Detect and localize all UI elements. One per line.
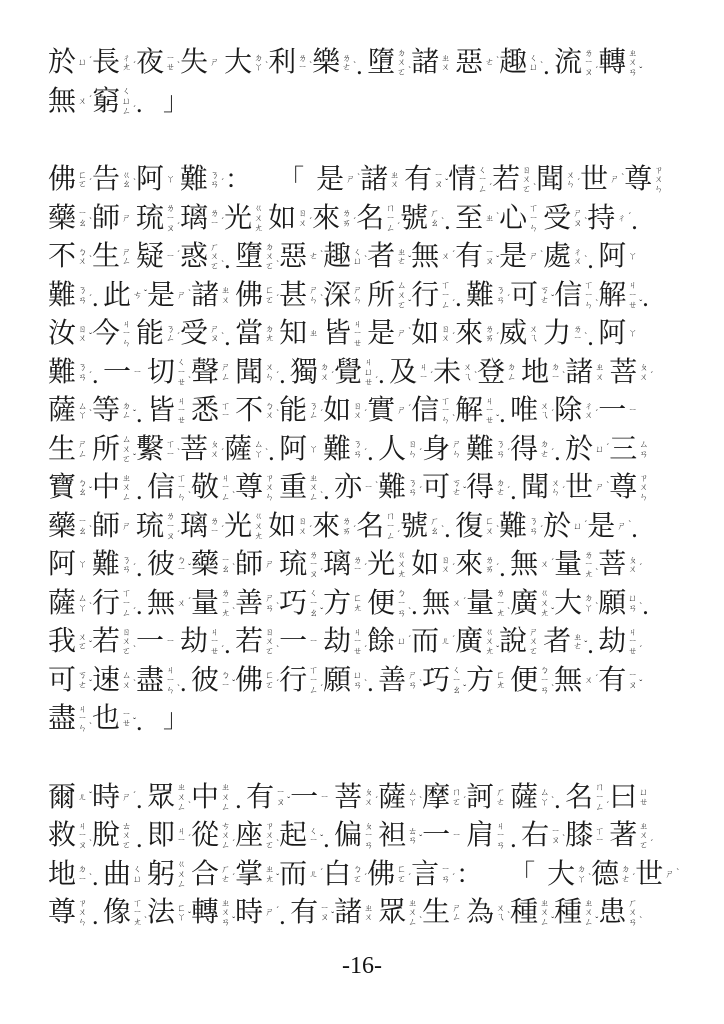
char-unit: 量ㄌㄧㄤˋ — [191, 589, 234, 618]
zhuyin-annotation: ㄑㄧㄠˇ — [307, 589, 322, 618]
tone-mark: ˋ — [419, 916, 422, 926]
char-unit: 善ㄕㄢˋ — [235, 590, 278, 618]
zhuyin-letter: ㄨ — [298, 527, 307, 537]
zhuyin-letter: ㄛ — [265, 647, 274, 657]
tone-mark: ˊ — [551, 558, 554, 568]
char-unit: 身ㄕㄣ — [422, 436, 465, 464]
char-unit: 惡ㄜˋ — [455, 49, 498, 77]
char-unit: 爾ㄦˇ — [48, 784, 91, 812]
punctuation: ： — [455, 862, 483, 888]
han-character: 菩 — [180, 436, 208, 464]
han-character: 師 — [92, 205, 120, 233]
zhuyin-annotation: ㄓㄨ — [219, 286, 234, 305]
char-unit: 藥ㄧㄠˋ — [191, 551, 234, 579]
han-character: 曲 — [103, 861, 131, 889]
tone-mark: ˊ — [320, 868, 323, 878]
zhuyin-letter: ㄚ — [78, 411, 87, 421]
zhuyin-letter: ㄚ — [628, 329, 637, 339]
zhuyin-letter: ㄧ — [419, 373, 428, 383]
zhuyin-annotation: ㄕˊ — [263, 908, 278, 918]
tone-mark: ˊ — [628, 212, 631, 222]
han-character: 夜 — [136, 49, 164, 77]
han-character: 窮 — [92, 88, 120, 116]
char-unit: 受ㄕㄡˋ — [180, 320, 223, 348]
han-character: 如 — [268, 513, 296, 541]
han-character: 時 — [235, 899, 263, 927]
char-unit: 廣ㄍㄨㄤˇ — [510, 589, 553, 618]
char-unit: 難ㄋㄢˊ — [48, 359, 91, 387]
char-unit: 偏ㄆㄧㄢ — [334, 822, 377, 851]
tone-mark: ˋ — [232, 491, 235, 501]
punctuation: . — [323, 478, 334, 508]
han-character: 告 — [92, 166, 120, 194]
tone-mark: ˊ — [320, 684, 323, 694]
zhuyin-annotation: ㄉㄚˋ — [252, 54, 267, 73]
char-unit: 廣ㄍㄨㄤˇ — [455, 628, 498, 657]
char-unit: 光ㄍㄨㄤ — [367, 551, 410, 580]
zhuyin-annotation: ㄇㄧㄥˊ — [384, 512, 399, 541]
zhuyin-annotation: ㄒㄧㄣˋ — [175, 474, 190, 503]
han-character: 等 — [92, 397, 120, 425]
zhuyin-letter: ㄚ — [408, 798, 417, 808]
zhuyin-annotation: ㄉㄨㄛˋ — [263, 243, 278, 272]
char-unit: 尊ㄗㄨㄣ — [609, 474, 652, 503]
zhuyin-annotation: ㄉㄜˊ — [494, 479, 509, 498]
han-character: 難 — [48, 282, 76, 310]
zhuyin-annotation: ㄕ — [120, 214, 135, 224]
char-unit: 於ㄩˊ — [543, 513, 586, 541]
char-unit: 能ㄋㄥˊ — [136, 320, 179, 348]
char-unit: 生ㄕㄥ — [48, 436, 91, 464]
zhuyin-letter: ㄦ — [78, 793, 87, 803]
zhuyin-annotation: ㄕˋ — [344, 175, 359, 185]
zhuyin-annotation: ㄉㄜˊ — [538, 440, 553, 459]
char-unit: 失ㄕ — [180, 49, 223, 77]
text-line: 薩ㄙㄚˋ行ㄒㄧㄥˊ.無ㄨˊ量ㄌㄧㄤˋ善ㄕㄢˋ巧ㄑㄧㄠˇ方ㄈㄤ便ㄅㄧㄢˋ.無ㄨˊ量… — [48, 585, 684, 624]
han-character: 於 — [565, 436, 593, 464]
zhuyin-letter: ㄛ — [522, 185, 531, 195]
han-character: 法 — [147, 899, 175, 927]
punctuation: . — [554, 787, 565, 817]
char-unit: 若ㄖㄨㄛˋ — [92, 628, 135, 657]
zhuyin-annotation: ㄐㄧˊ — [417, 363, 432, 382]
char-unit: 難ㄋㄢˊ — [499, 513, 542, 541]
zhuyin-annotation: ㄌㄞˊ — [483, 556, 498, 575]
zhuyin-letter: ㄥ — [177, 880, 186, 890]
zhuyin-letter: ㄤ — [353, 604, 362, 614]
zhuyin-letter: ㄧ — [177, 836, 186, 846]
zhuyin-annotation: ㄖㄨㄛˋ — [520, 166, 535, 195]
zhuyin-letter: ㄨ — [441, 334, 450, 344]
han-character: 世 — [580, 166, 608, 194]
zhuyin-letter: ㄣ — [177, 493, 186, 503]
han-character: 難 — [378, 474, 406, 502]
zhuyin-annotation: ㄚ — [76, 560, 91, 570]
zhuyin-letter: ㄧ — [364, 483, 373, 493]
tone-mark: ˊ — [221, 645, 224, 655]
zhuyin-letter: ㄢ — [78, 296, 87, 306]
zhuyin-annotation: ㄎㄜˇ — [76, 671, 91, 690]
tone-mark: ˊ — [276, 294, 279, 304]
tone-mark: ˋ — [551, 684, 554, 694]
han-character: 受 — [180, 320, 208, 348]
han-character: 阿 — [48, 551, 76, 579]
char-unit: 趣ㄑㄩˋ — [499, 49, 542, 77]
tone-mark: ˋ — [588, 873, 591, 883]
tone-mark: ˊ — [133, 61, 136, 71]
zhuyin-letter: ㄚ — [254, 450, 263, 460]
han-character: 者 — [543, 628, 571, 656]
zhuyin-letter: ㄢ — [408, 681, 417, 691]
char-unit: 菩ㄆㄨˊ — [180, 436, 223, 464]
zhuyin-letter: ㄧ — [320, 793, 329, 803]
han-character: 世 — [635, 861, 663, 889]
zhuyin-letter: ㄕ — [210, 58, 219, 68]
han-character: 佛 — [48, 166, 76, 194]
zhuyin-letter: ㄧ — [166, 637, 175, 647]
char-unit: 難ㄋㄢˊ — [378, 474, 421, 502]
char-unit: 薩ㄙㄚˋ — [224, 436, 267, 464]
char-unit: 座ㄗㄨㄛˋ — [235, 822, 278, 851]
tone-mark: ˇ — [89, 679, 92, 689]
paragraph: 佛ㄈㄛˊ告ㄍㄠˋ阿ㄚ難ㄋㄢˊ：「是ㄕˋ諸ㄓㄨ有ㄧㄡˇ情ㄑㄧㄥˊ若ㄖㄨㄛˋ聞ㄨㄣˊ… — [48, 161, 684, 739]
char-unit: 尊ㄗㄨㄣ — [235, 474, 278, 503]
char-unit: 地ㄉㄧˋ — [521, 359, 564, 387]
zhuyin-letter: ㄨ — [265, 411, 274, 421]
han-character: 疑 — [136, 243, 164, 271]
zhuyin-letter: ㄥ — [166, 334, 175, 344]
zhuyin-annotation: ㄌㄧㄡˊ — [582, 49, 597, 78]
tone-mark: ˊ — [632, 873, 635, 883]
tone-mark: ˊ — [177, 222, 180, 232]
zhuyin-annotation: ㄧㄡˋ — [549, 827, 564, 846]
tone-mark: ˋ — [221, 332, 224, 342]
tone-mark: ˊ — [133, 105, 136, 115]
tone-mark: ˊ — [177, 530, 180, 540]
zhuyin-letter: ㄣ — [265, 373, 274, 383]
zhuyin-letter: ㄚ — [628, 252, 637, 262]
zhuyin-annotation: ㄩˊ — [76, 58, 91, 68]
zhuyin-annotation: ㄋㄢˊ — [208, 171, 223, 190]
zhuyin-annotation: ㄨㄟˋ — [494, 904, 509, 923]
han-character: 中 — [191, 784, 219, 812]
char-unit: 有ㄧㄡˇ — [290, 899, 333, 927]
han-character: 亦 — [334, 474, 362, 502]
han-character: 惡 — [455, 49, 483, 77]
zhuyin-annotation: ㄕ — [208, 58, 223, 68]
han-character: 願 — [598, 590, 626, 618]
zhuyin-annotation: ㄨㄟˋ — [461, 363, 476, 382]
zhuyin-letter: ㄧ — [628, 406, 637, 416]
char-unit: 阿ㄚ — [279, 436, 322, 464]
tone-mark: ˊ — [364, 448, 367, 458]
tone-mark: ˋ — [89, 255, 92, 265]
han-character: 行 — [279, 667, 307, 695]
zhuyin-annotation: ㄓㄤˇ — [263, 865, 278, 884]
tone-mark: ˋ — [533, 183, 536, 193]
han-character: 從 — [191, 822, 219, 850]
char-unit: 知ㄓ — [279, 320, 322, 348]
zhuyin-annotation: ㄉㄨˊ — [318, 363, 333, 382]
tone-mark: ˊ — [452, 299, 455, 309]
zhuyin-letter: ㄢ — [628, 918, 637, 928]
zhuyin-annotation: ㄉㄤ — [263, 325, 278, 344]
zhuyin-annotation: ㄧ — [307, 637, 322, 647]
han-character: 彼 — [191, 667, 219, 695]
zhuyin-letter: ㄧ — [210, 527, 219, 537]
zhuyin-letter: ㄜ — [221, 875, 230, 885]
zhuyin-annotation: ㄓㄨㄥ — [120, 474, 135, 503]
zhuyin-annotation: ㄌㄞˊ — [483, 325, 498, 344]
han-character: 說 — [499, 628, 527, 656]
zhuyin-annotation: ㄕㄣ — [450, 440, 465, 459]
tone-mark: ˇ — [419, 834, 422, 844]
char-unit: 皆ㄐㄧㄝ — [323, 320, 366, 349]
zhuyin-letter: ㄨ — [441, 565, 450, 575]
zhuyin-annotation: ㄆㄨˊ — [637, 363, 652, 382]
zhuyin-letter: ㄝ — [639, 798, 648, 808]
zhuyin-letter: ㄧ — [298, 63, 307, 73]
zhuyin-letter: ㄕ — [265, 908, 274, 918]
char-unit: 名ㄇㄧㄥˊ — [356, 204, 399, 233]
tone-mark: ˊ — [489, 183, 492, 193]
han-character: 願 — [323, 667, 351, 695]
text-line: 難ㄋㄢˊ.此ㄘˇ是ㄕˋ諸ㄓㄨ佛ㄈㄛˊ甚ㄕㄣˋ深ㄕㄣ所ㄙㄨㄛˇ行ㄒㄧㄥˊ.難ㄋㄢˊ… — [48, 277, 684, 316]
tone-mark: ˋ — [188, 491, 191, 501]
zhuyin-annotation: ㄙㄨˋ — [120, 671, 135, 690]
char-unit: 言ㄧㄢˊ — [411, 861, 454, 889]
char-unit: 一ㄧ — [290, 784, 333, 812]
zhuyin-annotation: ㄕˋ — [527, 252, 542, 262]
han-character: 除 — [554, 397, 582, 425]
han-character: 皆 — [323, 320, 351, 348]
punctuation: . — [92, 362, 103, 392]
char-unit: 情ㄑㄧㄥˊ — [448, 166, 491, 195]
zhuyin-letter: ㄠ — [430, 527, 439, 537]
zhuyin-annotation: ㄕㄥ — [450, 904, 465, 923]
char-unit: 救ㄐㄧㄡˋ — [48, 822, 91, 851]
zhuyin-letter: ㄢ — [628, 68, 637, 78]
tone-mark: ˋ — [177, 684, 180, 694]
zhuyin-annotation: ㄋㄥˊ — [164, 325, 179, 344]
char-unit: 彼ㄅㄧˇ — [191, 667, 234, 695]
zhuyin-letter: ㄝ — [485, 416, 494, 426]
zhuyin-letter: ㄨ — [320, 373, 329, 383]
han-character: 菩 — [334, 784, 362, 812]
punctuation: . — [510, 478, 521, 508]
han-character: 復 — [455, 513, 483, 541]
char-unit: 來ㄌㄞˊ — [455, 551, 498, 579]
char-unit: 生ㄕㄥ — [92, 243, 135, 271]
zhuyin-annotation: ㄧ — [131, 368, 146, 378]
tone-mark: ˋ — [496, 525, 499, 535]
zhuyin-letter: ㄜ — [621, 875, 630, 885]
tone-mark: ˇ — [89, 791, 92, 801]
zhuyin-letter: ㄛ — [122, 455, 131, 465]
zhuyin-annotation: ㄌㄜˋ — [340, 54, 355, 73]
char-unit: 聞ㄨㄣˊ — [235, 359, 278, 387]
zhuyin-annotation: ㄑㄧㄝˋ — [175, 358, 190, 387]
han-character: 名 — [356, 205, 384, 233]
punctuation: . — [510, 826, 521, 856]
zhuyin-annotation: ㄓㄨㄥˇ — [582, 899, 597, 928]
zhuyin-annotation: ㄙㄨㄛˇ — [120, 435, 135, 464]
han-character: 尊 — [624, 166, 652, 194]
char-unit: 菩ㄆㄨˊ — [334, 784, 377, 812]
zhuyin-letter: ㄘ — [133, 291, 142, 301]
zhuyin-letter: ㄧ — [452, 831, 461, 841]
han-character: 持 — [587, 205, 615, 233]
char-unit: 於ㄩˊ — [48, 49, 91, 77]
char-unit: 德ㄉㄜˊ — [591, 861, 634, 889]
punctuation: . — [554, 439, 565, 469]
han-character: 廣 — [510, 590, 538, 618]
char-unit: 等ㄉㄥˇ — [92, 397, 135, 425]
han-character: 皆 — [147, 397, 175, 425]
tone-mark: ˊ — [133, 791, 136, 801]
zhuyin-annotation: ㄌㄧㄤˋ — [494, 589, 509, 618]
tone-mark: ˊ — [650, 371, 653, 381]
han-character: 薩 — [48, 397, 76, 425]
zhuyin-letter: ㄨ — [122, 681, 131, 691]
han-character: 地 — [48, 861, 76, 889]
tone-mark: ˊ — [364, 563, 367, 573]
zhuyin-letter: ㄥ — [177, 803, 186, 813]
zhuyin-annotation: ㄇㄧㄥˊ — [593, 783, 608, 812]
han-character: 難 — [466, 436, 494, 464]
punctuation: . — [279, 903, 290, 933]
tone-mark: ˊ — [496, 332, 499, 342]
punctuation: 「 — [509, 862, 535, 888]
char-unit: 著ㄓㄨㄛˊ — [609, 822, 652, 851]
text-line: 我ㄨㄛˇ若ㄖㄨㄛˋ一ㄧ劫ㄐㄧㄝˊ.若ㄖㄨㄛˋ一ㄧ劫ㄐㄧㄝˊ餘ㄩˊ而ㄦˊ廣ㄍㄨㄤˇ… — [48, 623, 684, 662]
zhuyin-letter: ㄜ — [342, 63, 351, 73]
han-character: 便 — [367, 590, 395, 618]
char-unit: 可ㄎㄜˇ — [510, 282, 553, 310]
zhuyin-annotation: ㄋㄢˊ — [494, 286, 509, 305]
han-character: 可 — [510, 282, 538, 310]
han-character: 能 — [279, 397, 307, 425]
han-character: 善 — [235, 590, 263, 618]
char-unit: 聲ㄕㄥ — [191, 359, 234, 387]
zhuyin-annotation: ㄕㄡˋ — [208, 325, 223, 344]
zhuyin-letter: ㄨ — [485, 527, 494, 537]
char-unit: 受ㄕㄡˋ — [543, 205, 586, 233]
zhuyin-letter: ㄧ — [166, 252, 175, 262]
char-unit: 我ㄨㄛˇ — [48, 628, 91, 656]
punctuation: . — [136, 593, 147, 623]
zhuyin-annotation: ㄖㄨˊ — [296, 209, 311, 228]
zhuyin-letter: ㄡ — [320, 913, 329, 923]
zhuyin-annotation: ㄌㄞˊ — [340, 517, 355, 536]
zhuyin-letter: ㄠ — [78, 219, 87, 229]
han-character: 聞 — [521, 474, 549, 502]
zhuyin-letter: ㄝ — [177, 378, 186, 388]
tone-mark: ˋ — [441, 217, 444, 227]
han-character: 可 — [422, 474, 450, 502]
zhuyin-letter: ㄥ — [478, 185, 487, 195]
char-unit: 白ㄅㄛˊ — [323, 861, 366, 889]
tone-mark: ˊ — [331, 371, 334, 381]
char-unit: 難ㄋㄢˊ — [323, 436, 366, 464]
zhuyin-letter: ㄤ — [221, 609, 230, 619]
char-unit: 尊ㄗㄨㄣ — [624, 166, 667, 195]
char-unit: 實ㄕˊ — [367, 397, 410, 425]
char-unit: 此ㄘˇ — [103, 282, 146, 310]
zhuyin-annotation: ㄘˇ — [131, 291, 146, 301]
tone-mark: ˋ — [276, 645, 279, 655]
char-unit: 繫ㄒㄧˋ — [136, 436, 179, 464]
zhuyin-letter: ㄜ — [485, 58, 494, 68]
tone-mark: ˋ — [595, 299, 598, 309]
tone-mark: ˇ — [89, 486, 92, 496]
han-character: 至 — [455, 205, 483, 233]
tone-mark: ˋ — [144, 916, 147, 926]
zhuyin-letter: ㄥ — [386, 532, 395, 542]
han-character: 是 — [367, 320, 395, 348]
zhuyin-annotation: ㄙㄚˋ — [76, 594, 91, 613]
char-unit: 難ㄋㄢˊ — [466, 436, 509, 464]
char-unit: 大ㄉㄚˋ — [547, 861, 590, 889]
zhuyin-annotation: ㄐㄧㄝˊ — [208, 628, 223, 657]
char-unit: 信ㄒㄧㄣˋ — [411, 397, 454, 426]
char-unit: 佛ㄈㄛˊ — [367, 861, 410, 889]
zhuyin-letter: ㄣ — [584, 301, 593, 311]
zhuyin-letter: ㄧ — [221, 681, 230, 691]
zhuyin-annotation: ㄨㄣˊ — [263, 363, 278, 382]
tone-mark: ˇ — [320, 834, 323, 844]
zhuyin-annotation: ㄋㄢˊ — [406, 479, 421, 498]
char-unit: 即ㄐㄧˊ — [147, 822, 190, 850]
punctuation: . — [455, 285, 466, 315]
tone-mark: ˊ — [375, 796, 378, 806]
han-character: 師 — [92, 513, 120, 541]
zhuyin-letter: ㄡ — [309, 570, 318, 580]
punctuation: . — [136, 709, 147, 739]
tone-mark: ˊ — [320, 409, 323, 419]
tone-mark: ˊ — [419, 448, 422, 458]
zhuyin-letter: ㄚ — [166, 175, 175, 185]
zhuyin-letter: ㄧ — [221, 411, 230, 421]
han-character: 肩 — [466, 822, 494, 850]
tone-mark: ˇ — [551, 916, 554, 926]
han-character: 璃 — [180, 205, 208, 233]
han-character: 獨 — [290, 359, 318, 387]
tone-mark: ˇ — [188, 911, 191, 921]
zhuyin-letter: ㄥ — [122, 493, 131, 503]
tone-mark: ˊ — [577, 178, 580, 188]
zhuyin-annotation: ㄊㄢˇ — [406, 827, 421, 846]
zhuyin-letter: ㄤ — [496, 609, 505, 619]
zhuyin-letter: ㄕ — [265, 560, 274, 570]
char-unit: 可ㄎㄜˇ — [48, 667, 91, 695]
zhuyin-annotation: ㄩˊ — [593, 445, 608, 455]
zhuyin-letter: ㄢ — [122, 565, 131, 575]
punctuation: . — [499, 555, 510, 585]
char-unit: 合ㄏㄜˊ — [191, 861, 234, 889]
han-character: 無 — [411, 243, 439, 271]
han-character: 躬 — [147, 861, 175, 889]
han-character: 利 — [268, 49, 296, 77]
char-unit: 如ㄖㄨˊ — [268, 513, 311, 541]
zhuyin-letter: ㄡ — [573, 219, 582, 229]
tone-mark: ˇ — [408, 255, 411, 265]
tone-mark: ˊ — [276, 371, 279, 381]
tone-mark: ˋ — [133, 178, 136, 188]
zhuyin-letter: ㄢ — [265, 604, 274, 614]
han-character: 諸 — [191, 282, 219, 310]
zhuyin-letter: ㄨ — [441, 63, 450, 73]
